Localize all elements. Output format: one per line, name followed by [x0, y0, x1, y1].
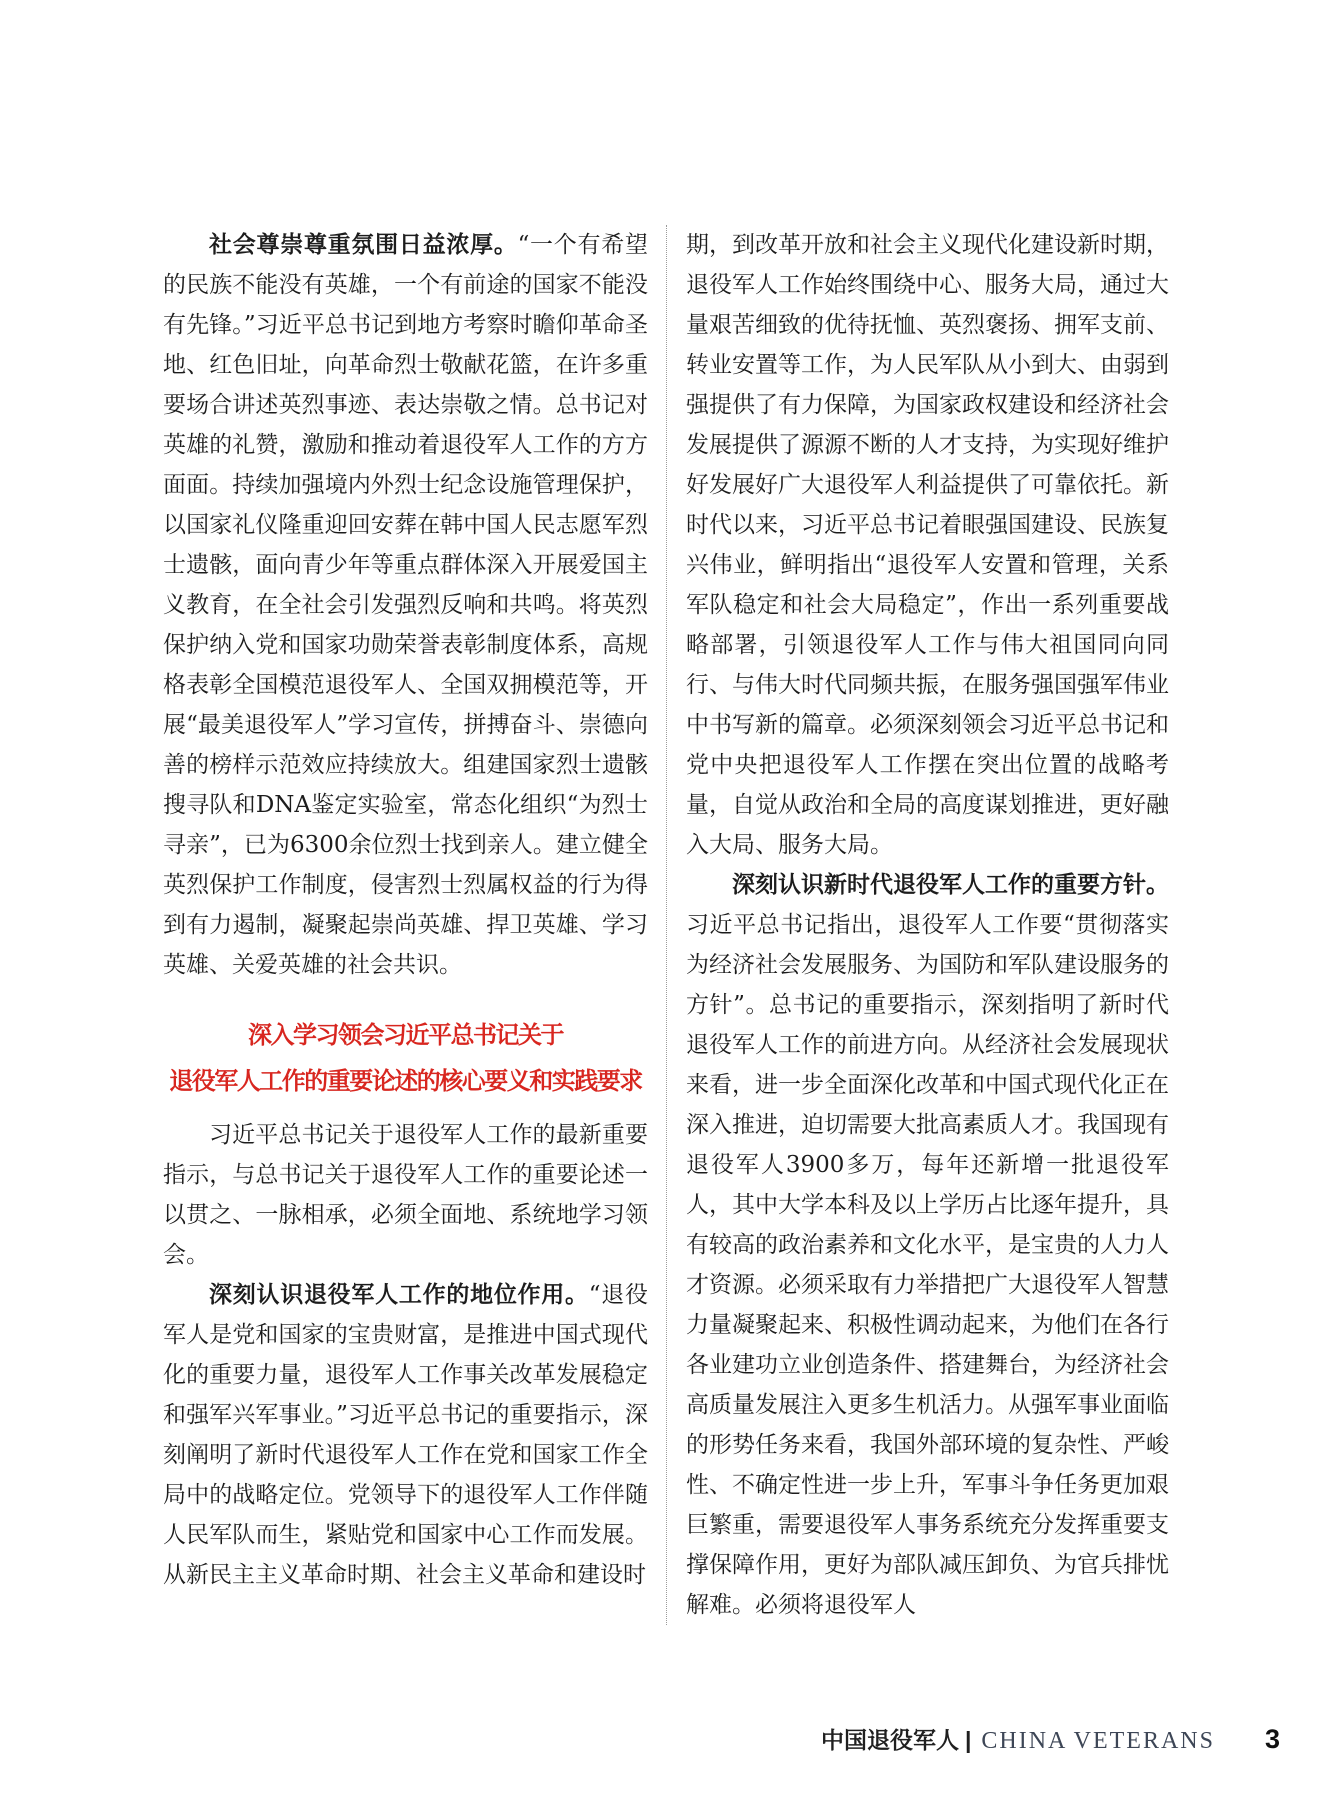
section-heading-red: 深入学习领会习近平总书记关于 退役军人工作的重要论述的核心要义和实践要求 [163, 1013, 648, 1105]
paragraph-text: “一个有希望的民族不能没有英雄，一个有前途的国家不能没有先锋。”习近平总书记到地… [163, 232, 648, 978]
left-column: 社会尊崇尊重氛围日益浓厚。“一个有希望的民族不能没有英雄，一个有前途的国家不能没… [163, 225, 648, 1625]
page-number: 3 [1265, 1724, 1280, 1755]
paragraph-text: 习近平总书记指出，退役军人工作要“贯彻落实为经济社会发展服务、为国防和军队建设服… [686, 912, 1169, 1618]
paragraph-text: 期，到改革开放和社会主义现代化建设新时期，退役军人工作始终围绕中心、服务大局，通… [686, 232, 1169, 858]
footer-brand-english: CHINA VETERANS [981, 1728, 1215, 1755]
paragraph-lead-bold: 社会尊崇尊重氛围日益浓厚。 [209, 231, 518, 258]
paragraph-status-role: 深刻认识退役军人工作的地位作用。“退役军人是党和国家的宝贵财富，是推进中国式现代… [163, 1275, 648, 1595]
paragraph-text: “退役军人是党和国家的宝贵财富，是推进中国式现代化的重要力量，退役军人工作事关改… [163, 1282, 648, 1588]
column-divider-dotted [666, 225, 667, 1625]
section-heading-line1: 深入学习领会习近平总书记关于 [163, 1013, 648, 1059]
paragraph-study-intro: 习近平总书记关于退役军人工作的最新重要指示，与总书记关于退役军人工作的重要论述一… [163, 1115, 648, 1275]
paragraph-lead-bold: 深刻认识新时代退役军人工作的重要方针。 [732, 871, 1169, 898]
section-heading-line2: 退役军人工作的重要论述的核心要义和实践要求 [163, 1059, 648, 1105]
paragraph-continuation: 期，到改革开放和社会主义现代化建设新时期，退役军人工作始终围绕中心、服务大局，通… [686, 225, 1169, 865]
footer-separator: | [965, 1727, 971, 1754]
paragraph-text: 习近平总书记关于退役军人工作的最新重要指示，与总书记关于退役军人工作的重要论述一… [163, 1122, 648, 1268]
paragraph-important-policy: 深刻认识新时代退役军人工作的重要方针。习近平总书记指出，退役军人工作要“贯彻落实… [686, 865, 1169, 1625]
paragraph-social-respect: 社会尊崇尊重氛围日益浓厚。“一个有希望的民族不能没有英雄，一个有前途的国家不能没… [163, 225, 648, 985]
article-body: 社会尊崇尊重氛围日益浓厚。“一个有希望的民族不能没有英雄，一个有前途的国家不能没… [163, 225, 1169, 1625]
paragraph-lead-bold: 深刻认识退役军人工作的地位作用。 [209, 1281, 589, 1308]
right-column: 期，到改革开放和社会主义现代化建设新时期，退役军人工作始终围绕中心、服务大局，通… [686, 225, 1169, 1625]
magazine-page: 社会尊崇尊重氛围日益浓厚。“一个有希望的民族不能没有英雄，一个有前途的国家不能没… [0, 0, 1323, 1795]
page-footer: 中国退役军人 | CHINA VETERANS 3 [821, 1722, 1280, 1755]
footer-brand-chinese: 中国退役军人 [821, 1722, 959, 1755]
